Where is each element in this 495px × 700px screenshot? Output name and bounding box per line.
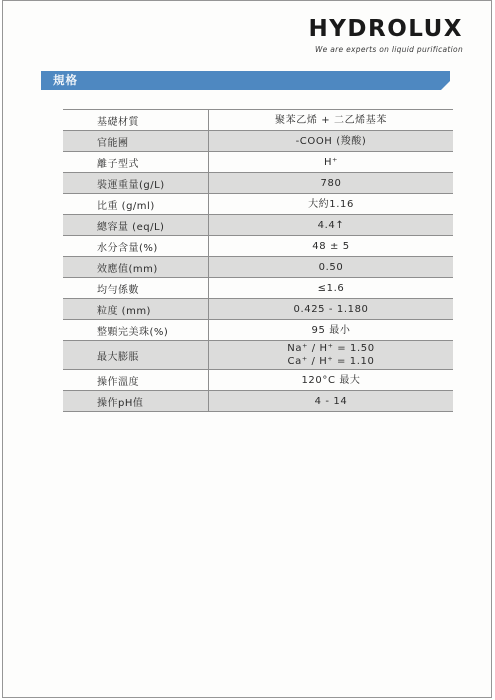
row-label: 離子型式 <box>63 152 209 172</box>
row-value: 0.50 <box>209 257 453 277</box>
brand-tagline: We are experts on liquid purification <box>308 45 463 54</box>
row-value: 780 <box>209 173 453 193</box>
table-row: 總容量 (eq/L) 4.4↑ <box>63 215 453 236</box>
row-label: 總容量 (eq/L) <box>63 215 209 235</box>
row-label: 裝運重量(g/L) <box>63 173 209 193</box>
row-value: 大約1.16 <box>209 194 453 214</box>
table-row: 均勻係數 ≤1.6 <box>63 278 453 299</box>
row-value: H⁺ <box>209 152 453 172</box>
row-label: 整顆完美珠(%) <box>63 320 209 340</box>
table-row: 效應值(mm) 0.50 <box>63 257 453 278</box>
row-value: -COOH (羧酸) <box>209 131 453 151</box>
row-label: 粒度 (mm) <box>63 299 209 319</box>
row-label: 操作pH值 <box>63 391 209 411</box>
row-value: 4 - 14 <box>209 391 453 411</box>
row-label: 比重 (g/ml) <box>63 194 209 214</box>
row-value: 0.425 - 1.180 <box>209 299 453 319</box>
row-label: 均勻係數 <box>63 278 209 298</box>
row-value: 4.4↑ <box>209 215 453 235</box>
row-label: 官能團 <box>63 131 209 151</box>
row-value: 95 最小 <box>209 320 453 340</box>
table-row: 最大膨脹 Na⁺ / H⁺ = 1.50 Ca⁺ / H⁺ = 1.10 <box>63 341 453 370</box>
row-label: 最大膨脹 <box>63 341 209 369</box>
logo-block: HYDROLUX We are experts on liquid purifi… <box>308 17 463 54</box>
row-label: 基礎材質 <box>63 110 209 130</box>
table-row: 裝運重量(g/L) 780 <box>63 173 453 194</box>
table-row: 水分含量(%) 48 ± 5 <box>63 236 453 257</box>
spec-table: 基礎材質 聚苯乙烯 + 二乙烯基苯 官能團 -COOH (羧酸) 離子型式 H⁺… <box>63 109 453 412</box>
row-value: Na⁺ / H⁺ = 1.50 Ca⁺ / H⁺ = 1.10 <box>209 341 453 369</box>
row-value: 聚苯乙烯 + 二乙烯基苯 <box>209 110 453 130</box>
row-label: 操作溫度 <box>63 370 209 390</box>
table-row: 離子型式 H⁺ <box>63 152 453 173</box>
section-title-bar: 規格 <box>41 71 450 90</box>
row-label: 效應值(mm) <box>63 257 209 277</box>
table-row: 整顆完美珠(%) 95 最小 <box>63 320 453 341</box>
document-page: HYDROLUX We are experts on liquid purifi… <box>2 0 492 698</box>
table-row: 操作溫度 120°C 最大 <box>63 370 453 391</box>
table-row: 操作pH值 4 - 14 <box>63 391 453 412</box>
row-value: 48 ± 5 <box>209 236 453 256</box>
table-row: 基礎材質 聚苯乙烯 + 二乙烯基苯 <box>63 110 453 131</box>
brand-logo: HYDROLUX <box>308 17 463 42</box>
section-title: 規格 <box>41 71 450 90</box>
row-label: 水分含量(%) <box>63 236 209 256</box>
row-value: ≤1.6 <box>209 278 453 298</box>
row-value: 120°C 最大 <box>209 370 453 390</box>
table-row: 粒度 (mm) 0.425 - 1.180 <box>63 299 453 320</box>
table-row: 官能團 -COOH (羧酸) <box>63 131 453 152</box>
table-row: 比重 (g/ml) 大約1.16 <box>63 194 453 215</box>
